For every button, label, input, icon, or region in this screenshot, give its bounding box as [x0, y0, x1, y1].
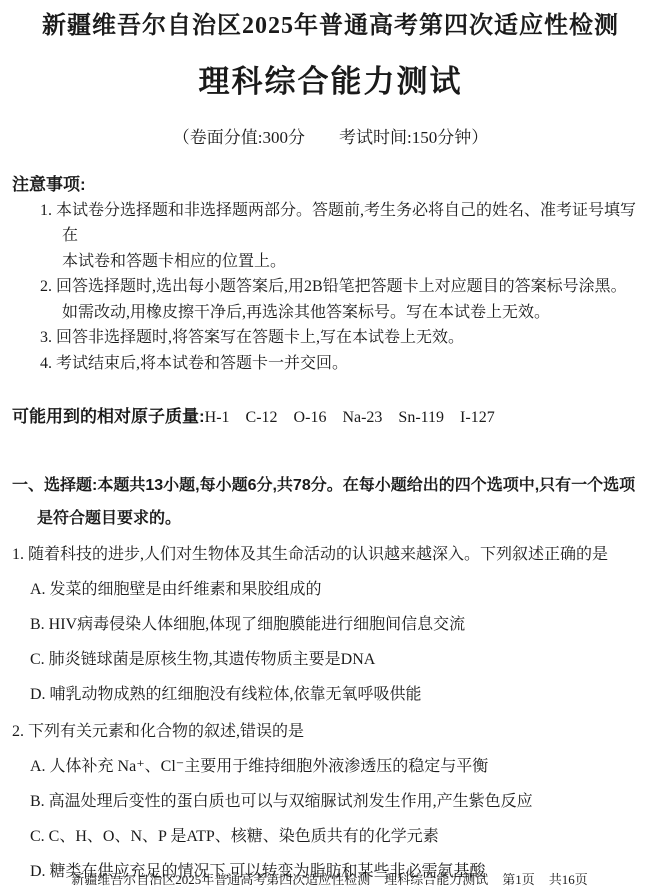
- question-option: C. C、H、O、N、P 是ATP、核糖、染色质共有的化学元素: [30, 819, 649, 854]
- question-stem: 随着科技的进步,人们对生物体及其生命活动的认识越来越深入。下列叙述正确的是: [28, 546, 608, 563]
- question-option: D. 哺乳动物成熟的红细胞没有线粒体,依靠无氧呼吸供能: [30, 677, 649, 712]
- question-option: A. 人体补充 Na⁺、Cl⁻主要用于维持细胞外液渗透压的稳定与平衡: [30, 749, 649, 784]
- question-1: 1.随着科技的进步,人们对生物体及其生命活动的认识越来越深入。下列叙述正确的是 …: [12, 537, 649, 712]
- question-option: A. 发菜的细胞壁是由纤维素和果胶组成的: [30, 572, 649, 607]
- question-number: 2.: [12, 723, 24, 740]
- section-heading: 一、选择题:本题共13小题,每小题6分,共78分。在每小题给出的四个选项中,只有…: [12, 469, 649, 535]
- footer-exam-name: 新疆维吾尔自治区2025年普通高考第四次适应性检测: [71, 872, 370, 887]
- question-number: 1.: [12, 546, 24, 563]
- notice-item: 3.回答非选择题时,将答案写在答题卡上,写在本试卷上无效。: [40, 325, 649, 351]
- atomic-mass-line: 可能用到的相对原子质量:H-1 C-12 O-16 Na-23 Sn-119 I…: [12, 404, 649, 431]
- atomic-mass-label: 可能用到的相对原子质量:: [12, 407, 205, 426]
- question-option: C. 肺炎链球菌是原核生物,其遗传物质主要是DNA: [30, 642, 649, 677]
- notice-item-text: 本试卷分选择题和非选择题两部分。答题前,考生务必将自己的姓名、准考证号填写在 本…: [56, 202, 636, 270]
- question-text: 1.随着科技的进步,人们对生物体及其生命活动的认识越来越深入。下列叙述正确的是: [12, 537, 649, 572]
- question-2: 2.下列有关元素和化合物的叙述,错误的是 A. 人体补充 Na⁺、Cl⁻主要用于…: [12, 714, 649, 889]
- notice-item-number: 3.: [40, 329, 52, 346]
- footer-page-number: 第1页: [502, 872, 535, 887]
- footer-subject: 理科综合能力测试: [384, 872, 488, 887]
- notice-item-number: 4.: [40, 355, 52, 372]
- question-option: B. HIV病毒侵染人体细胞,体现了细胞膜能进行细胞间信息交流: [30, 607, 649, 642]
- notice-item-number: 1.: [40, 202, 52, 219]
- notice-item: 4.考试结束后,将本试卷和答题卡一并交回。: [40, 351, 649, 377]
- notice-item: 2.回答选择题时,选出每小题答案后,用2B铅笔把答题卡上对应题目的答案标号涂黑。…: [40, 274, 649, 325]
- question-option: B. 高温处理后变性的蛋白质也可以与双缩脲试剂发生作用,产生紫色反应: [30, 784, 649, 819]
- atomic-mass-values: H-1 C-12 O-16 Na-23 Sn-119 I-127: [205, 409, 495, 426]
- notice-item-text: 考试结束后,将本试卷和答题卡一并交回。: [56, 355, 348, 372]
- notice-heading: 注意事项:: [12, 172, 649, 198]
- notice-item-text: 回答非选择题时,将答案写在答题卡上,写在本试卷上无效。: [56, 329, 464, 346]
- notice-item-number: 2.: [40, 278, 52, 295]
- page-footer: 新疆维吾尔自治区2025年普通高考第四次适应性检测理科综合能力测试第1页共16页: [0, 872, 659, 888]
- notice-item: 1.本试卷分选择题和非选择题两部分。答题前,考生务必将自己的姓名、准考证号填写在…: [40, 198, 649, 275]
- exam-paper-page: 新疆维吾尔自治区2025年普通高考第四次适应性检测 理科综合能力测试 （卷面分值…: [0, 0, 659, 894]
- paper-title: 理科综合能力测试: [12, 63, 649, 100]
- notice-item-text: 回答选择题时,选出每小题答案后,用2B铅笔把答题卡上对应题目的答案标号涂黑。 如…: [56, 278, 627, 321]
- exam-title: 新疆维吾尔自治区2025年普通高考第四次适应性检测: [12, 12, 649, 41]
- footer-page-total: 共16页: [549, 872, 588, 887]
- question-stem: 下列有关元素和化合物的叙述,错误的是: [28, 723, 304, 740]
- question-text: 2.下列有关元素和化合物的叙述,错误的是: [12, 714, 649, 749]
- paper-meta: （卷面分值:300分 考试时间:150分钟）: [12, 128, 649, 148]
